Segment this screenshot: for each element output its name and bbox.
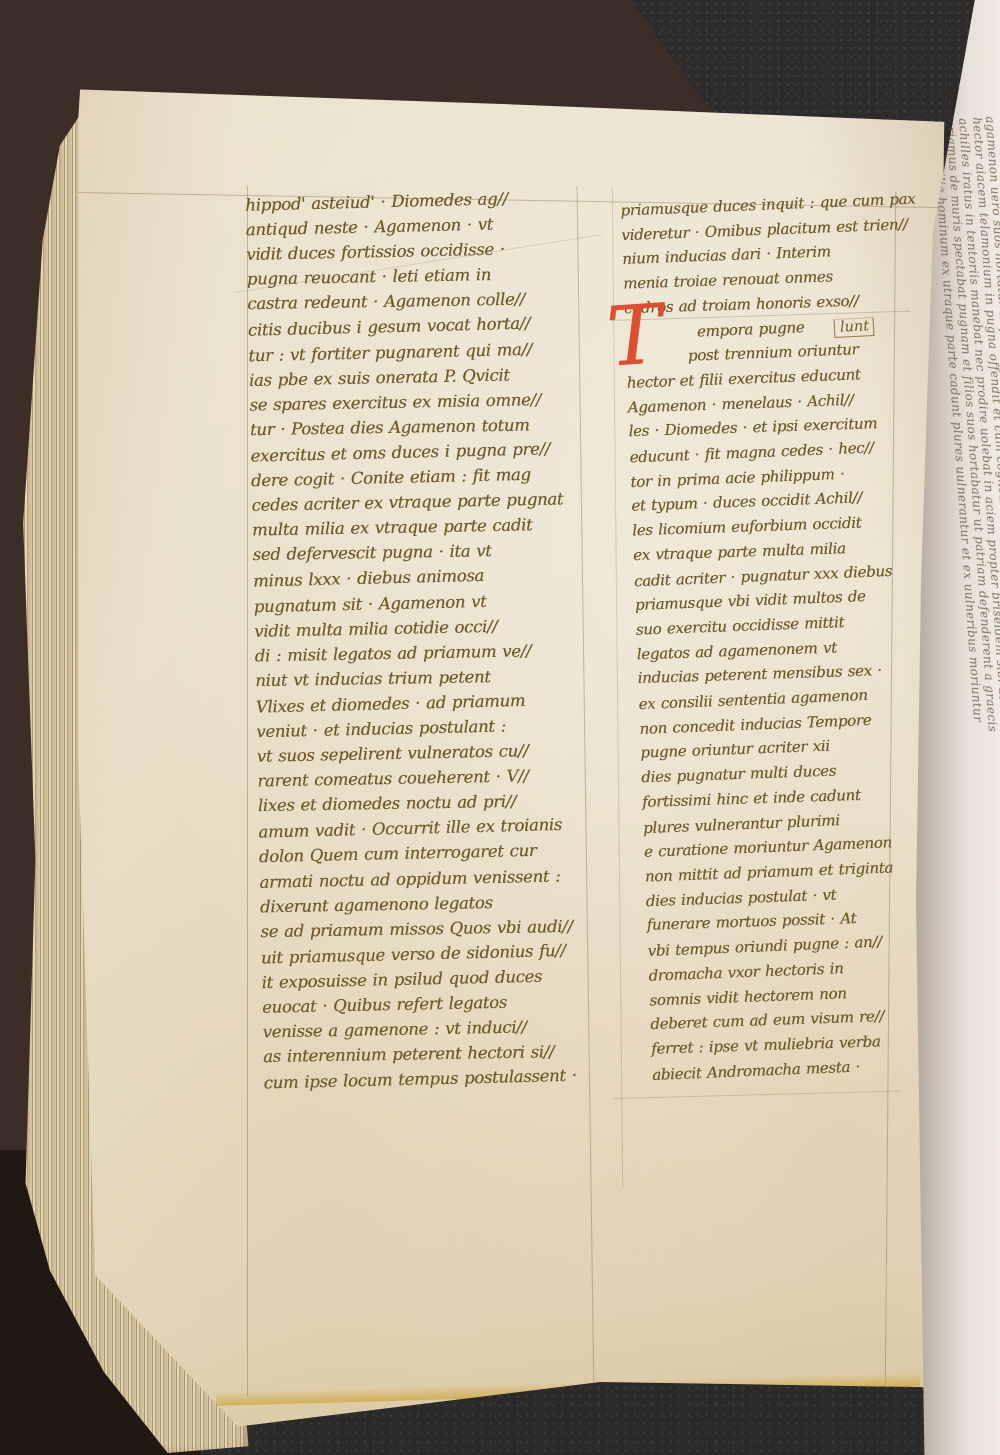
manuscript-page: hippod' asteiud' · Diomedes ag//antiqud … bbox=[66, 80, 946, 1432]
left-text-column: hippod' asteiud' · Diomedes ag//antiqud … bbox=[245, 185, 614, 1096]
rubricated-initial-T: T bbox=[604, 296, 664, 378]
ruling-line-bottom-right bbox=[614, 1091, 900, 1099]
adjacent-page-text: cum autem troiani ex muris uiderent exer… bbox=[929, 115, 1000, 999]
right-text-column: priamusque duces inquit : que cum paxvid… bbox=[620, 187, 942, 1086]
boxed-correction-word: lunt bbox=[834, 317, 875, 338]
manuscript-photograph: { "colors": { "background_brown": "#3c2e… bbox=[0, 0, 1000, 1455]
